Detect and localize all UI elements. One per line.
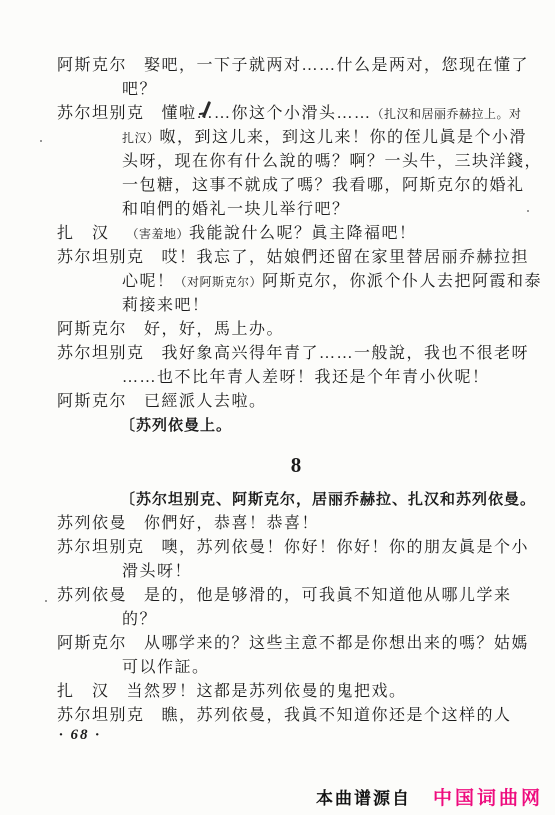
speaker-name: 阿斯克尔	[57, 321, 127, 338]
speaker-name: 苏尔坦别克	[57, 345, 145, 362]
dialogue-text: 从哪学来的？这些主意不都是你想出来的嗎？姑媽	[144, 635, 529, 652]
script-line: 心呢！（对阿斯克尔）阿斯克尔，你派个仆人去把阿霞和泰	[57, 270, 535, 294]
dialogue-text: 可以作証。	[122, 659, 210, 676]
dialogue-text: 阿斯克尔，你派个仆人去把阿霞和泰	[262, 273, 542, 290]
scan-speck	[45, 600, 47, 602]
speaker-name: 阿斯克尔	[57, 57, 127, 74]
dialogue-text: 头呀，现在你有什么說的嗎？啊？一头牛，三块洋錢，	[122, 153, 542, 170]
script-line: 苏列依曼你們好，恭喜！恭喜！	[57, 512, 535, 536]
dialogue-text: ……也不比年青人差呀！我还是个年青小伙呢！	[122, 369, 490, 386]
dialogue-text: 已經派人去啦。	[144, 393, 267, 410]
script-line: 头呀，现在你有什么說的嗎？啊？一头牛，三块洋錢，	[57, 150, 535, 174]
script-line: 扎汉）呶，到这儿来，到这儿来！你的侄儿眞是个小滑	[57, 126, 535, 150]
inline-stage-note: （扎汉和居丽乔赫拉上。对	[372, 107, 522, 121]
speaker-name: 苏尔坦别克	[57, 249, 145, 266]
script-line: 的？	[57, 608, 535, 632]
page-number: · 68 ·	[59, 727, 101, 744]
script-line: 阿斯克尔已經派人去啦。	[57, 390, 535, 414]
watermark: 本曲谱源自中国词曲网	[316, 783, 543, 810]
script-line: 苏尔坦别克哎！我忘了，姑娘們还留在家里替居丽乔赫拉担	[57, 246, 535, 270]
dialogue-text: 滑头呀！	[122, 563, 192, 580]
script-line: 可以作証。	[57, 656, 535, 680]
stage-direction: 〔苏尔坦别克、阿斯克尔，居丽乔赫拉、扎汉和苏列依曼。	[57, 488, 535, 512]
dialogue-text: 我能說什么呢？眞主降福吧！	[189, 225, 417, 242]
dialogue-text: 当然罗！这都是苏列依曼的鬼把戏。	[127, 683, 407, 700]
dialogue-text: 好，好，馬上办。	[144, 321, 284, 338]
dialogue-text: 8	[291, 453, 302, 477]
dialogue-text: 噢，苏列依曼！你好！你好！你的朋友眞是个小	[162, 539, 530, 556]
speaker-name: 苏尔坦别克	[57, 105, 145, 122]
dialogue-text: 〔苏尔坦别克、阿斯克尔，居丽乔赫拉、扎汉和苏列依曼。	[120, 492, 536, 508]
script-body: 阿斯克尔娶吧，一下子就两对……什么是两对，您现在懂了吧？苏尔坦别克懂啦……你这个…	[57, 54, 535, 728]
speaker-name: 苏列依曼	[57, 515, 127, 532]
dialogue-text: 〔苏列依曼上。	[120, 418, 232, 434]
script-line: 和咱們的婚礼一块儿举行吧？	[57, 198, 535, 222]
dialogue-text: 吧？	[122, 81, 157, 98]
script-line: 苏尔坦别克懂啦……你这个小滑头……（扎汉和居丽乔赫拉上。对	[57, 102, 535, 126]
watermark-prefix-text: 本曲谱源自	[316, 789, 411, 808]
script-line: 一包糖，这事不就成了嗎？我看哪，阿斯克尔的婚礼	[57, 174, 535, 198]
dialogue-text: 娶吧，一下子就两对……什么是两对，您现在懂了	[144, 57, 529, 74]
dialogue-text: 莉接来吧！	[122, 297, 210, 314]
script-line: 苏尔坦别克噢，苏列依曼！你好！你好！你的朋友眞是个小	[57, 536, 535, 560]
script-line: ……也不比年青人差呀！我还是个年青小伙呢！	[57, 366, 535, 390]
script-text-block: 阿斯克尔娶吧，一下子就两对……什么是两对，您现在懂了吧？苏尔坦别克懂啦……你这个…	[57, 54, 535, 728]
speaker-name: 苏尔坦别克	[57, 539, 145, 556]
script-line: 阿斯克尔好，好，馬上办。	[57, 318, 535, 342]
dialogue-text: 我好象高兴得年青了……一般說，我也不很老呀	[162, 345, 530, 362]
dialogue-text: 的？	[122, 611, 157, 628]
dialogue-text: 懂啦……你这个小滑头……	[162, 105, 372, 122]
inline-stage-note: （害羞地）	[127, 227, 190, 241]
scanned-script-page: 阿斯克尔娶吧，一下子就两对……什么是两对，您现在懂了吧？苏尔坦别克懂啦……你这个…	[0, 0, 555, 815]
dialogue-text: 呶，到这儿来，到这儿来！你的侄儿眞是个小滑	[160, 129, 528, 146]
dialogue-text: 瞧，苏列依曼，我眞不知道你还是个这样的人	[162, 707, 512, 724]
dialogue-text: 你們好，恭喜！恭喜！	[144, 515, 319, 532]
dialogue-text: 是的，他是够滑的，可我眞不知道他从哪儿学来	[144, 587, 512, 604]
dialogue-text: 和咱們的婚礼一块儿举行吧？	[122, 201, 350, 218]
speaker-name: 苏列依曼	[57, 587, 127, 604]
script-line: 滑头呀！	[57, 560, 535, 584]
watermark-site-name: 中国词曲网	[433, 788, 543, 809]
scan-speck	[527, 210, 529, 212]
script-line: 扎 汉（害羞地）我能說什么呢？眞主降福吧！	[57, 222, 535, 246]
inline-stage-note: 扎汉）	[122, 131, 160, 145]
script-line: 莉接来吧！	[57, 294, 535, 318]
section-heading: 8	[57, 452, 535, 478]
script-line: 扎 汉当然罗！这都是苏列依曼的鬼把戏。	[57, 680, 535, 704]
dialogue-text: 心呢！	[122, 273, 175, 290]
scan-speck	[40, 140, 42, 142]
speaker-name: 扎 汉	[57, 225, 110, 242]
dialogue-text: 一包糖，这事不就成了嗎？我看哪，阿斯克尔的婚礼	[122, 177, 525, 194]
inline-stage-note: （对阿斯克尔）	[175, 275, 263, 289]
script-line: 吧？	[57, 78, 535, 102]
script-line: 苏尔坦别克我好象高兴得年青了……一般說，我也不很老呀	[57, 342, 535, 366]
script-line: 阿斯克尔从哪学来的？这些主意不都是你想出来的嗎？姑媽	[57, 632, 535, 656]
script-line: 苏列依曼是的，他是够滑的，可我眞不知道他从哪儿学来	[57, 584, 535, 608]
dialogue-text: 哎！我忘了，姑娘們还留在家里替居丽乔赫拉担	[162, 249, 530, 266]
speaker-name: 阿斯克尔	[57, 635, 127, 652]
stage-direction: 〔苏列依曼上。	[57, 414, 535, 438]
speaker-name: 扎 汉	[57, 683, 110, 700]
speaker-name: 苏尔坦别克	[57, 707, 145, 724]
script-line: 阿斯克尔娶吧，一下子就两对……什么是两对，您现在懂了	[57, 54, 535, 78]
script-line: 苏尔坦别克瞧，苏列依曼，我眞不知道你还是个这样的人	[57, 704, 535, 728]
speaker-name: 阿斯克尔	[57, 393, 127, 410]
